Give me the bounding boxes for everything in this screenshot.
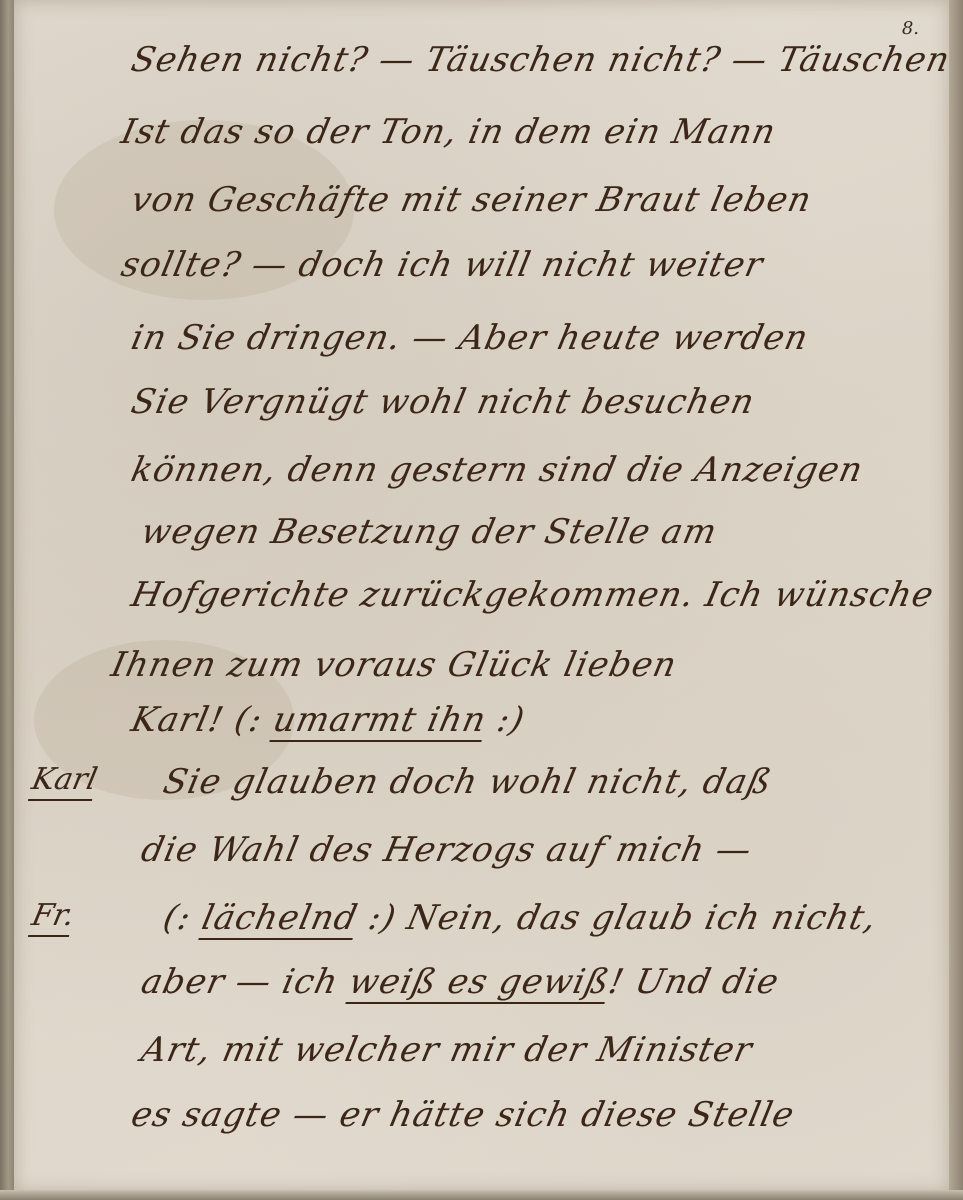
- manuscript-line: es sagte — er hätte sich diese Stelle: [128, 1095, 799, 1135]
- manuscript-line: Art, mit welcher mir der Minister: [138, 1030, 756, 1070]
- manuscript-line: Karl! (: umarmt ihn :): [128, 700, 529, 740]
- manuscript-line: aber — ich weiß es gewiß! Und die: [138, 962, 783, 1002]
- underlined-text: umarmt ihn: [269, 700, 490, 742]
- underlined-text: weiß es gewiß: [345, 962, 614, 1004]
- book-binding-edge: [0, 0, 14, 1200]
- manuscript-line: Hofgerichte zurückgekommen. Ich wünsche: [128, 575, 938, 615]
- manuscript-line: (: lächelnd :) Nein, das glaub ich nicht…: [160, 898, 881, 938]
- speaker-label: Fr.: [28, 898, 78, 937]
- manuscript-line: Ist das so der Ton, in dem ein Mann: [118, 112, 780, 152]
- page-edge-right: [949, 0, 963, 1200]
- page-edge-bottom: [0, 1190, 963, 1200]
- manuscript-page: 8. Sehen nicht? — Täuschen nicht? — Täus…: [14, 0, 949, 1192]
- manuscript-line: Sie Vergnügt wohl nicht besuchen: [128, 382, 759, 422]
- manuscript-line: wegen Besetzung der Stelle am: [138, 512, 721, 552]
- manuscript-line: Ihnen zum voraus Glück lieben: [108, 645, 681, 685]
- manuscript-line: in Sie dringen. — Aber heute werden: [128, 318, 812, 358]
- underlined-text: lächelnd: [198, 898, 362, 940]
- manuscript-line: können, denn gestern sind die Anzeigen: [128, 450, 867, 490]
- manuscript-line: sollte? — doch ich will nicht weiter: [118, 245, 767, 285]
- page-number: 8.: [902, 18, 919, 39]
- manuscript-line: Sie glauben doch wohl nicht, daß: [160, 762, 776, 802]
- manuscript-line: von Geschäfte mit seiner Braut leben: [128, 180, 816, 220]
- manuscript-line: Sehen nicht? — Täuschen nicht? — Täusche…: [128, 40, 963, 80]
- speaker-label: Karl: [28, 762, 101, 801]
- manuscript-line: die Wahl des Herzogs auf mich —: [138, 830, 756, 870]
